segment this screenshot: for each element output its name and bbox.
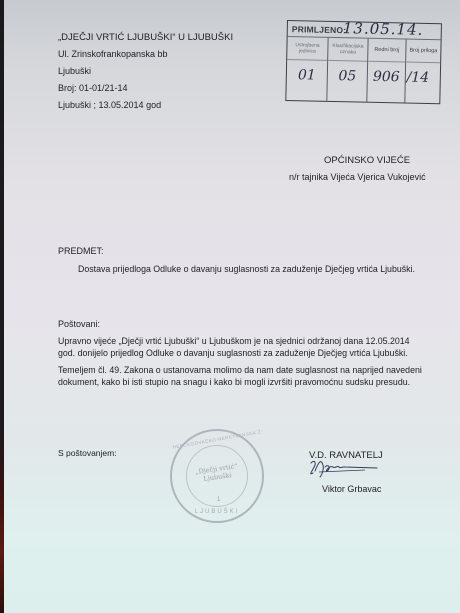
salutation: Poštovani:: [58, 320, 100, 329]
official-seal: HERCEGOVAČKO-NERETVANSKA ŽUPANIJA · FEDE…: [170, 429, 264, 523]
stamp-col-attachments: Broj priloga /14: [405, 40, 440, 104]
seal-ring-text-bottom: LJUBUŠKI: [172, 509, 262, 515]
place-date: Ljubuški ; 13.05.2014 god: [58, 101, 161, 110]
recipient-name: OPĆINSKO VIJEĆE: [324, 156, 410, 166]
body-paragraph-1-line-2: god. donijelo prijedlog Odluke o davanju…: [58, 349, 408, 358]
signatory-name: Viktor Grbavac: [322, 485, 381, 494]
reference-number: Broj: 01-01/21-14: [58, 84, 128, 93]
subject-text: Dostava prijedloga Odluke o davanju sugl…: [78, 265, 415, 274]
body-paragraph-1-line-1: Upravno vijeće „Dječji vrtić Ljubuški“ u…: [58, 337, 410, 346]
sender-name: „DJEČJI VRTIĆ LJUBUŠKI“ U LJUBUŠKI: [58, 33, 233, 43]
recipient-attention: n/r tajnika Vijeća Vjerica Vukojević: [289, 173, 426, 182]
received-stamp: PRIMLJENO: 13.05.14. Ustrojbena jedinica…: [285, 20, 442, 104]
sender-city: Ljubuški: [58, 67, 91, 76]
stamp-col-classification: Klasifikacijska oznaka 05: [327, 38, 368, 102]
body-paragraph-2-line-2: dokument, kako bi isti stupio na snagu i…: [58, 378, 410, 387]
photo-edge-shadow: [0, 0, 4, 613]
stamp-col-unit: Ustrojbena jedinica 01: [286, 37, 328, 101]
seal-mark: 1: [217, 497, 220, 503]
stamp-title: PRIMLJENO:: [292, 24, 347, 35]
body-paragraph-2-line-1: Temeljem čl. 49. Zakona o ustanovama mol…: [58, 366, 422, 375]
signature-icon: [305, 457, 380, 479]
stamp-date-handwritten: 13.05.14.: [343, 19, 424, 39]
sender-address: Ul. Zrinskofrankopanska bb: [58, 50, 168, 59]
closing-regards: S poštovanjem:: [58, 449, 117, 458]
subject-label: PREDMET:: [58, 247, 104, 256]
